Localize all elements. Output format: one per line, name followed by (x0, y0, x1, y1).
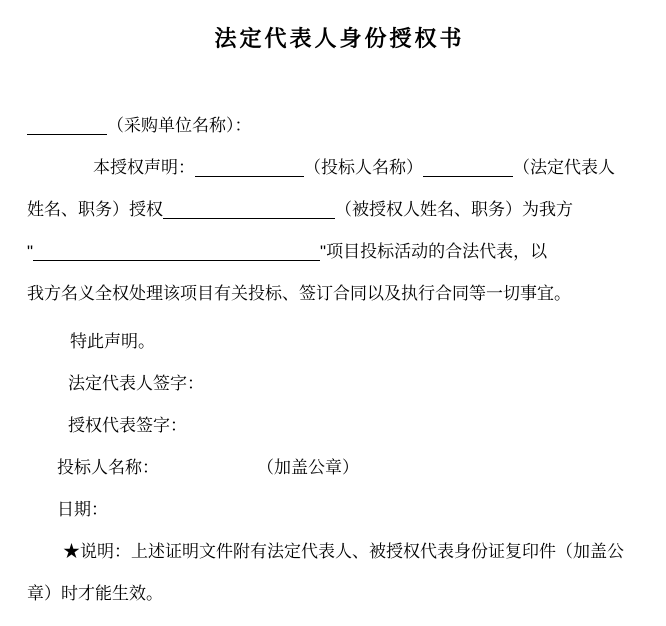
legal-rep-label-open: （法定代表人 (513, 158, 615, 177)
addressee-label: （采购单位名称）： (107, 116, 252, 135)
bidder-name-label: 投标人名称： (57, 458, 159, 477)
blank-bidder-name[interactable] (195, 159, 304, 177)
blank-purchaser-name[interactable] (27, 117, 107, 135)
seal-label: （加盖公章） (257, 458, 359, 477)
bidder-name-seal-line: 投标人名称：（加盖公章） (27, 447, 652, 489)
note-line-1: ★说明：上述证明文件附有法定代表人、被授权代表身份证复印件（加盖公 (27, 531, 652, 573)
date-label: 日期： (57, 500, 108, 519)
legal-rep-label-rest: 姓名、职务）授权 (27, 200, 163, 219)
declaration-prefix: 本授权声明： (93, 158, 195, 177)
closing-line: 特此声明。 (27, 321, 652, 363)
closing-text: 特此声明。 (70, 332, 155, 351)
note-text-2: 章）时才能生效。 (27, 584, 163, 603)
date-line: 日期： (27, 489, 652, 531)
document-page: 法定代表人身份授权书 （采购单位名称）： 本授权声明：（投标人名称）（法定代表人… (0, 0, 666, 626)
declaration-line-1: 本授权声明：（投标人名称）（法定代表人 (27, 147, 652, 189)
declaration-line-4: 我方名义全权处理该项目有关投标、签订合同以及执行合同等一切事宜。 (27, 273, 652, 315)
blank-legal-rep-name[interactable] (423, 159, 513, 177)
legal-rep-sign-label: 法定代表人签字： (68, 374, 204, 393)
blank-project-name[interactable] (33, 243, 320, 261)
agent-sign-label: 授权代表签字： (68, 416, 187, 435)
scope-text: 我方名义全权处理该项目有关投标、签订合同以及执行合同等一切事宜。 (27, 284, 571, 303)
note-text-1: ★说明：上述证明文件附有法定代表人、被授权代表身份证复印件（加盖公 (63, 542, 624, 561)
agent-signature-line: 授权代表签字： (27, 405, 652, 447)
legal-rep-signature-line: 法定代表人签字： (27, 363, 652, 405)
addressee-line: （采购单位名称）： (27, 105, 652, 147)
declaration-line-2: 姓名、职务）授权（被授权人姓名、职务）为我方 (27, 189, 652, 231)
declaration-line-3: ""项目投标活动的合法代表，以 (27, 231, 652, 273)
bidder-name-paren-label: （投标人名称） (304, 158, 423, 177)
project-suffix-text: "项目投标活动的合法代表，以 (320, 242, 547, 261)
note-line-2: 章）时才能生效。 (27, 573, 652, 615)
agent-paren-label: （被授权人姓名、职务）为我方 (335, 200, 573, 219)
document-title: 法定代表人身份授权书 (27, 18, 652, 60)
document-body: （采购单位名称）： 本授权声明：（投标人名称）（法定代表人 姓名、职务）授权（被… (27, 105, 652, 615)
blank-agent-name[interactable] (163, 201, 335, 219)
